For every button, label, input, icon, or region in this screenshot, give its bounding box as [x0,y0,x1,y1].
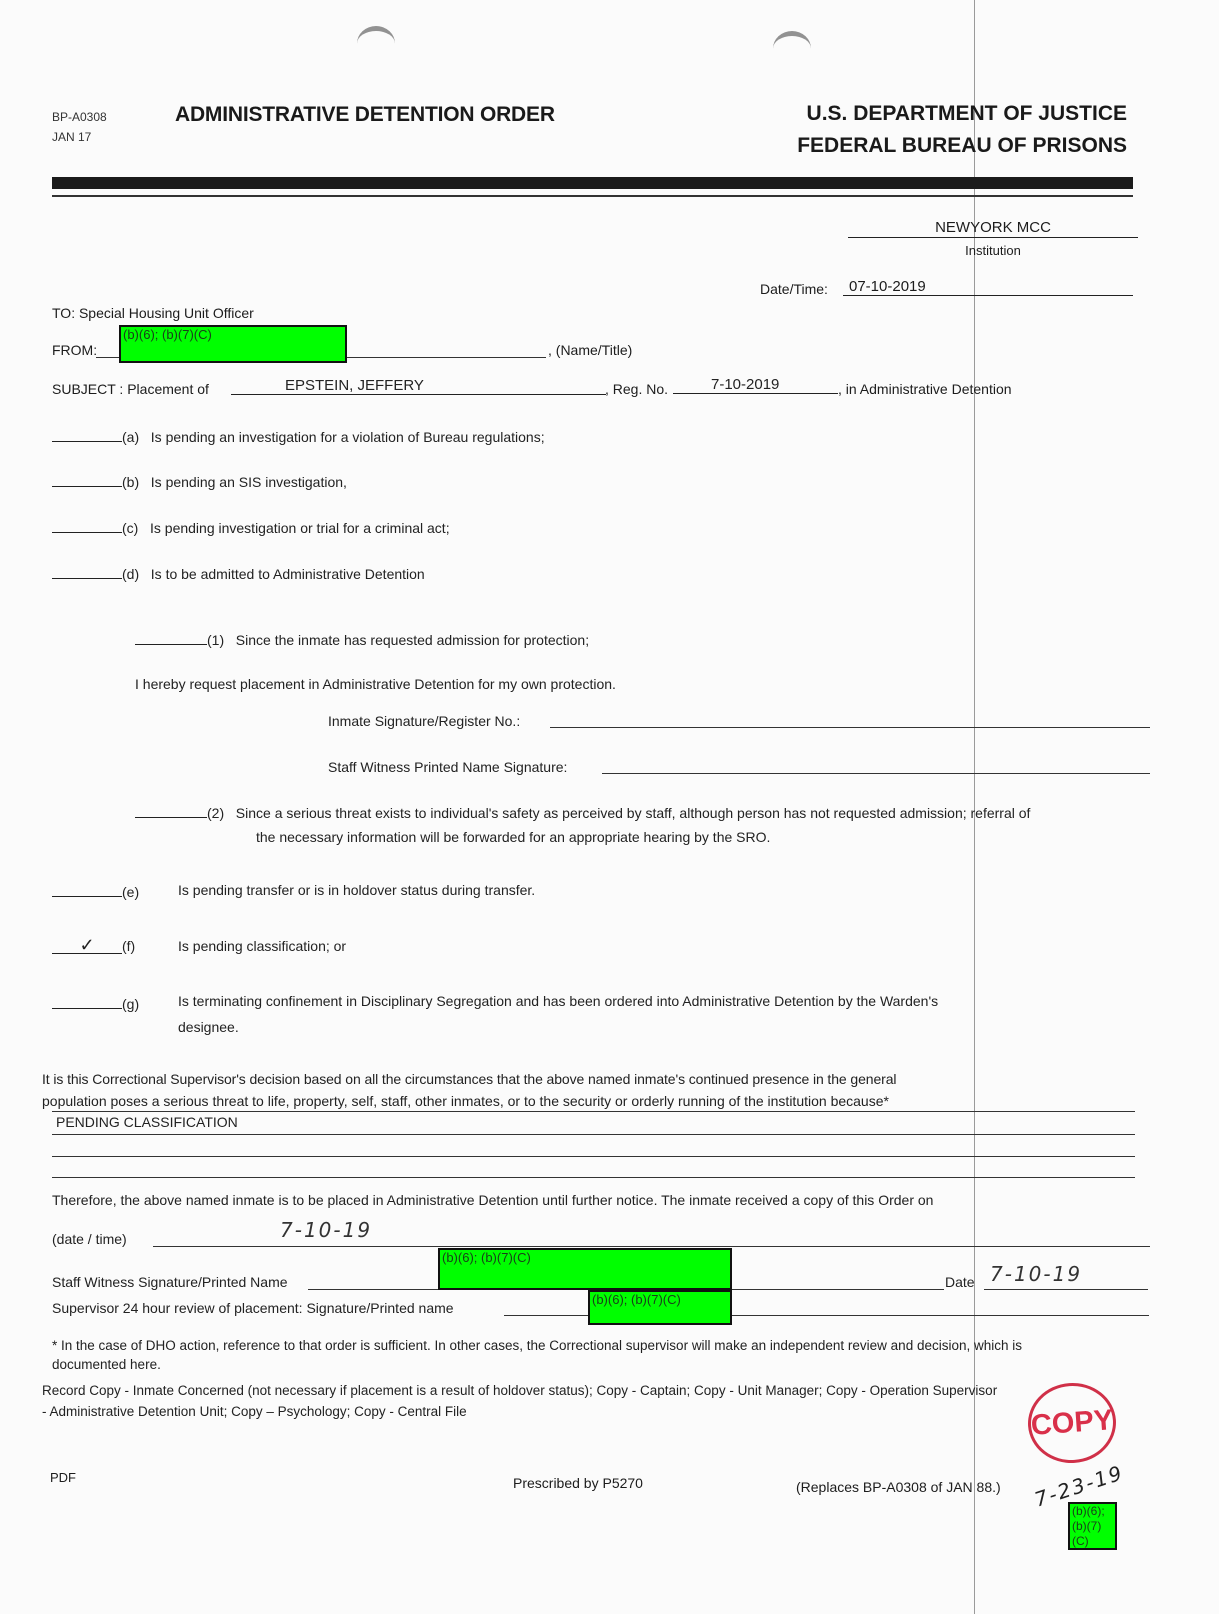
agency-line1: U.S. DEPARTMENT OF JUSTICE [797,98,1127,130]
to-label: TO: [52,305,75,321]
institution-label: Institution [848,243,1138,258]
redaction-box-from: (b)(6); (b)(7)(C) [119,325,347,363]
witness-date-line [984,1289,1148,1290]
reason-f-key: (f) [122,938,135,954]
reason-c-text: Is pending investigation or trial for a … [150,520,450,536]
reason-item-d: (d) Is to be admitted to Administrative … [52,564,425,582]
reason-item-g: (g) [52,994,139,1012]
inmate-name-field[interactable]: EPSTEIN, JEFFERY [231,377,606,395]
redaction-box-stamp: (b)(6); (b)(7)(C) [1068,1502,1117,1550]
supervisor-review-label: Supervisor 24 hour review of placement: … [52,1300,454,1316]
reason-item-b: (b) Is pending an SIS investigation, [52,472,347,490]
copies-line1: Record Copy - Inmate Concerned (not nece… [42,1383,997,1398]
decision-rule-2 [52,1134,1135,1135]
decision-reason-field[interactable]: PENDING CLASSIFICATION [56,1114,238,1130]
datetime-field[interactable]: 07-10-2019 [843,278,1133,296]
reason-d-checkbox[interactable] [52,564,122,579]
reason-e-checkbox[interactable] [52,882,122,897]
sub-reason-2-checkbox[interactable] [135,803,207,818]
sub-reason-1-text: Since the inmate has requested admission… [236,632,589,648]
decision-rule-4 [52,1177,1135,1178]
staff-witness-signature-label: Staff Witness Signature/Printed Name [52,1274,288,1290]
institution-field[interactable]: NEWYORK MCC [848,219,1138,238]
decision-text-line1: It is this Correctional Supervisor's dec… [42,1071,896,1087]
reason-c-checkbox[interactable] [52,518,122,533]
reason-a-key: (a) [122,429,139,445]
reason-g-key: (g) [122,996,139,1012]
punch-hole-mark [357,26,395,61]
therefore-text: Therefore, the above named inmate is to … [52,1192,933,1208]
redaction-box-supervisor: (b)(6); (b)(7)(C) [588,1290,732,1325]
datetime-label: Date/Time: [760,281,828,297]
footer-left: PDF [50,1470,76,1485]
footnote-line1: * In the case of DHO action, reference t… [52,1338,1022,1353]
redaction-box-staff-witness: (b)(6); (b)(7)(C) [438,1248,732,1290]
staff-witness-printed-field[interactable] [602,773,1150,774]
inmate-signature-label: Inmate Signature/Register No.: [328,713,520,729]
placement-label: Placement of [127,381,209,397]
copy-datetime-label: (date / time) [52,1231,127,1247]
footer-right: (Replaces BP-A0308 of JAN 88.) [796,1479,1001,1495]
reason-item-a: (a) Is pending an investigation for a vi… [52,427,545,445]
copy-stamp: COPY [1025,1380,1118,1466]
footnote-line2: documented here. [52,1357,161,1372]
footer-center: Prescribed by P5270 [513,1475,643,1491]
reason-b-key: (b) [122,474,139,490]
from-suffix-label: , (Name/Title) [548,342,632,358]
header-divider-thin [52,195,1133,197]
staff-witness-printed-label: Staff Witness Printed Name Signature: [328,759,567,775]
agency-line2: FEDERAL BUREAU OF PRISONS [797,130,1127,162]
reason-a-text: Is pending an investigation for a violat… [151,429,545,445]
inmate-signature-field[interactable] [550,727,1150,728]
to-value: Special Housing Unit Officer [79,305,254,321]
decision-rule-1 [52,1111,1135,1112]
reason-f-checkbox[interactable]: ✓ [52,939,122,954]
reason-c-key: (c) [122,520,138,536]
reason-f-text: Is pending classification; or [178,938,346,954]
sub-reason-2-key: (2) [207,805,224,821]
reason-e-key: (e) [122,884,139,900]
sub-reason-1-key: (1) [207,632,224,648]
form-number: BP-A0308 [52,107,107,127]
sub-reason-2-text: Since a serious threat exists to individ… [236,805,1031,821]
copies-line2: - Administrative Detention Unit; Copy – … [42,1404,467,1419]
reason-g-checkbox[interactable] [52,994,122,1009]
reason-d-key: (d) [122,566,139,582]
witness-date-label: Date [945,1274,975,1290]
in-admin-label: , in Administrative Detention [838,381,1012,397]
reason-item-e: (e) [52,882,139,900]
reason-e-text: Is pending transfer or is in holdover st… [178,882,535,898]
sub-reason-item-2: (2) Since a serious threat exists to ind… [135,803,1030,821]
decision-rule-3 [52,1156,1135,1157]
protection-request-text: I hereby request placement in Administra… [135,676,616,692]
sub-reason-2-text-cont: the necessary information will be forwar… [256,829,770,845]
witness-date-field[interactable]: 7-10-19 [990,1262,1082,1286]
reason-g-text: Is terminating confinement in Disciplina… [178,993,938,1009]
punch-hole-mark [773,31,811,66]
reason-b-text: Is pending an SIS investigation, [151,474,347,490]
page-title: ADMINISTRATIVE DETENTION ORDER [175,103,555,127]
reg-no-label: , Reg. No. [605,381,668,397]
reason-item-f: ✓(f) [52,938,135,954]
copy-datetime-line [153,1246,1150,1247]
reg-no-field[interactable]: 7-10-2019 [673,376,838,394]
subject-line: SUBJECT : Placement of [52,381,209,397]
reason-g-text-cont: designee. [178,1019,239,1035]
from-label: FROM: [52,342,97,358]
form-revision: JAN 17 [52,127,91,147]
sub-reason-item-1: (1) Since the inmate has requested admis… [135,630,589,648]
agency-name: U.S. DEPARTMENT OF JUSTICE FEDERAL BUREA… [797,98,1127,162]
sub-reason-1-checkbox[interactable] [135,630,207,645]
header-divider-thick [52,177,1133,189]
reason-b-checkbox[interactable] [52,472,122,487]
copy-datetime-field[interactable]: 7-10-19 [280,1218,372,1242]
reason-a-checkbox[interactable] [52,427,122,442]
reason-item-c: (c) Is pending investigation or trial fo… [52,518,450,536]
reason-d-text: Is to be admitted to Administrative Dete… [151,566,425,582]
subject-label: SUBJECT : [52,381,123,397]
to-line: TO: Special Housing Unit Officer [52,305,254,321]
decision-text-line2: population poses a serious threat to lif… [42,1093,889,1109]
